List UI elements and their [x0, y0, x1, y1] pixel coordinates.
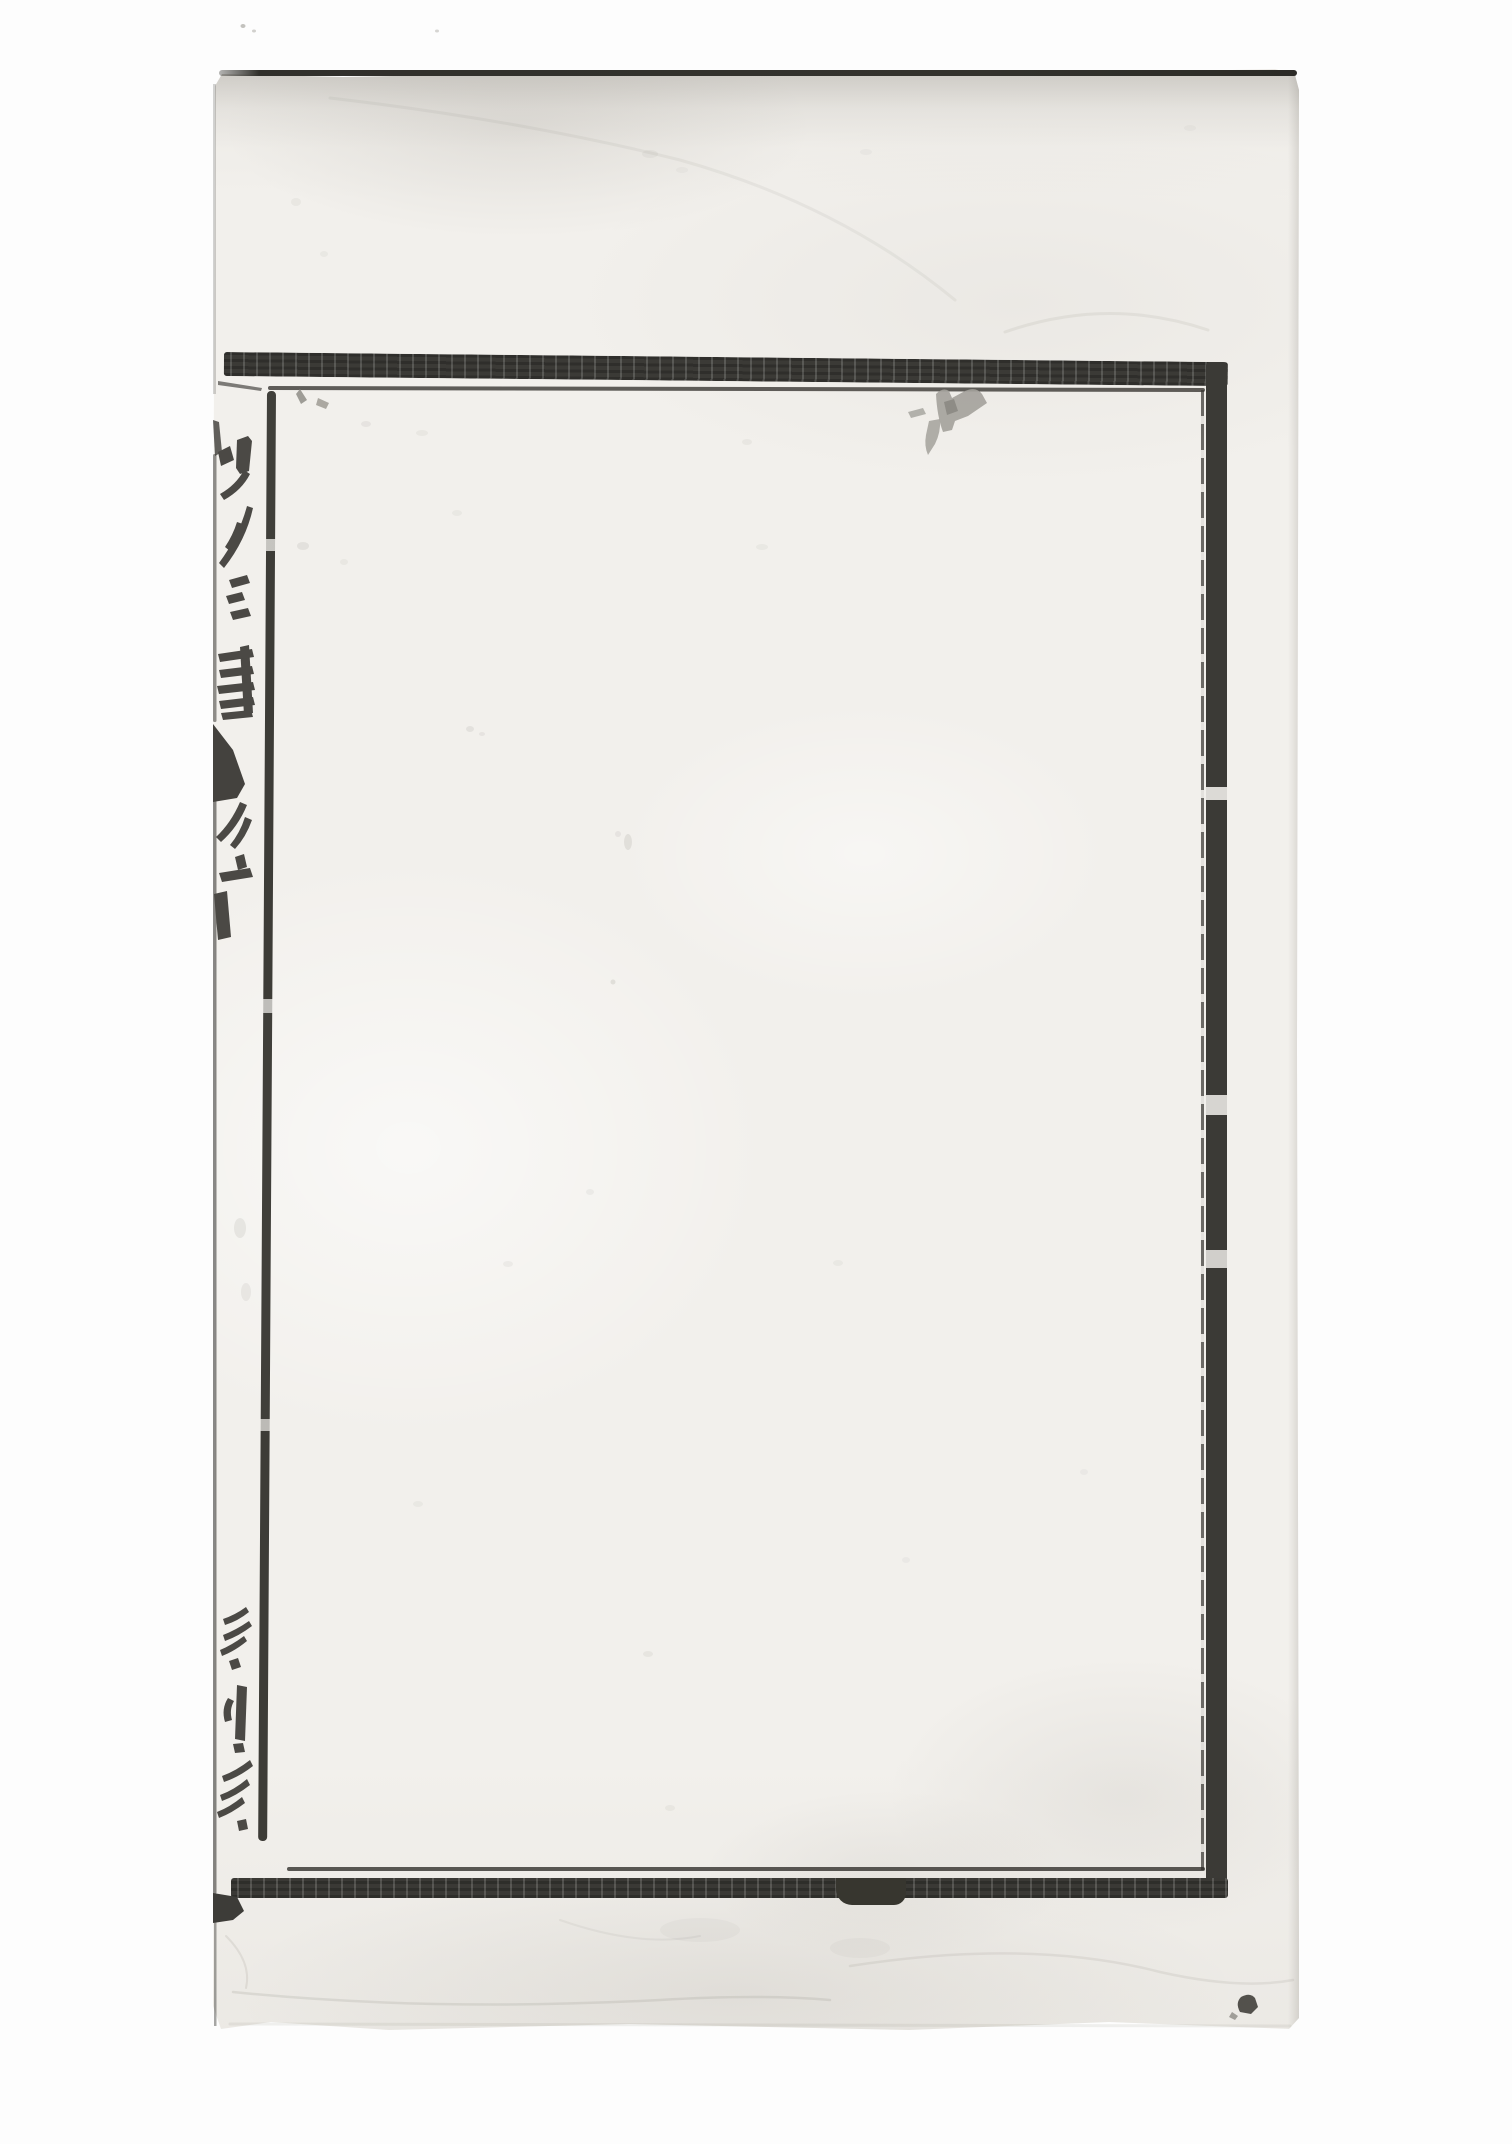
fold-title-glyphs: [213, 436, 255, 940]
scanned-page-stage: [0, 0, 1512, 2144]
fold-cursive-glyphs: [217, 1607, 253, 1831]
frame-interior-ticks: [296, 389, 329, 409]
paper-specks: [234, 24, 1196, 1958]
paper-creases: [226, 98, 1293, 2026]
ink-dot: [1229, 1995, 1258, 2020]
corner-smudge: [213, 1893, 244, 1923]
fold-ink-wedge: [213, 724, 245, 802]
scan-artifacts-layer: [0, 0, 1512, 2144]
gray-handwritten-mark-icon: [908, 389, 987, 455]
